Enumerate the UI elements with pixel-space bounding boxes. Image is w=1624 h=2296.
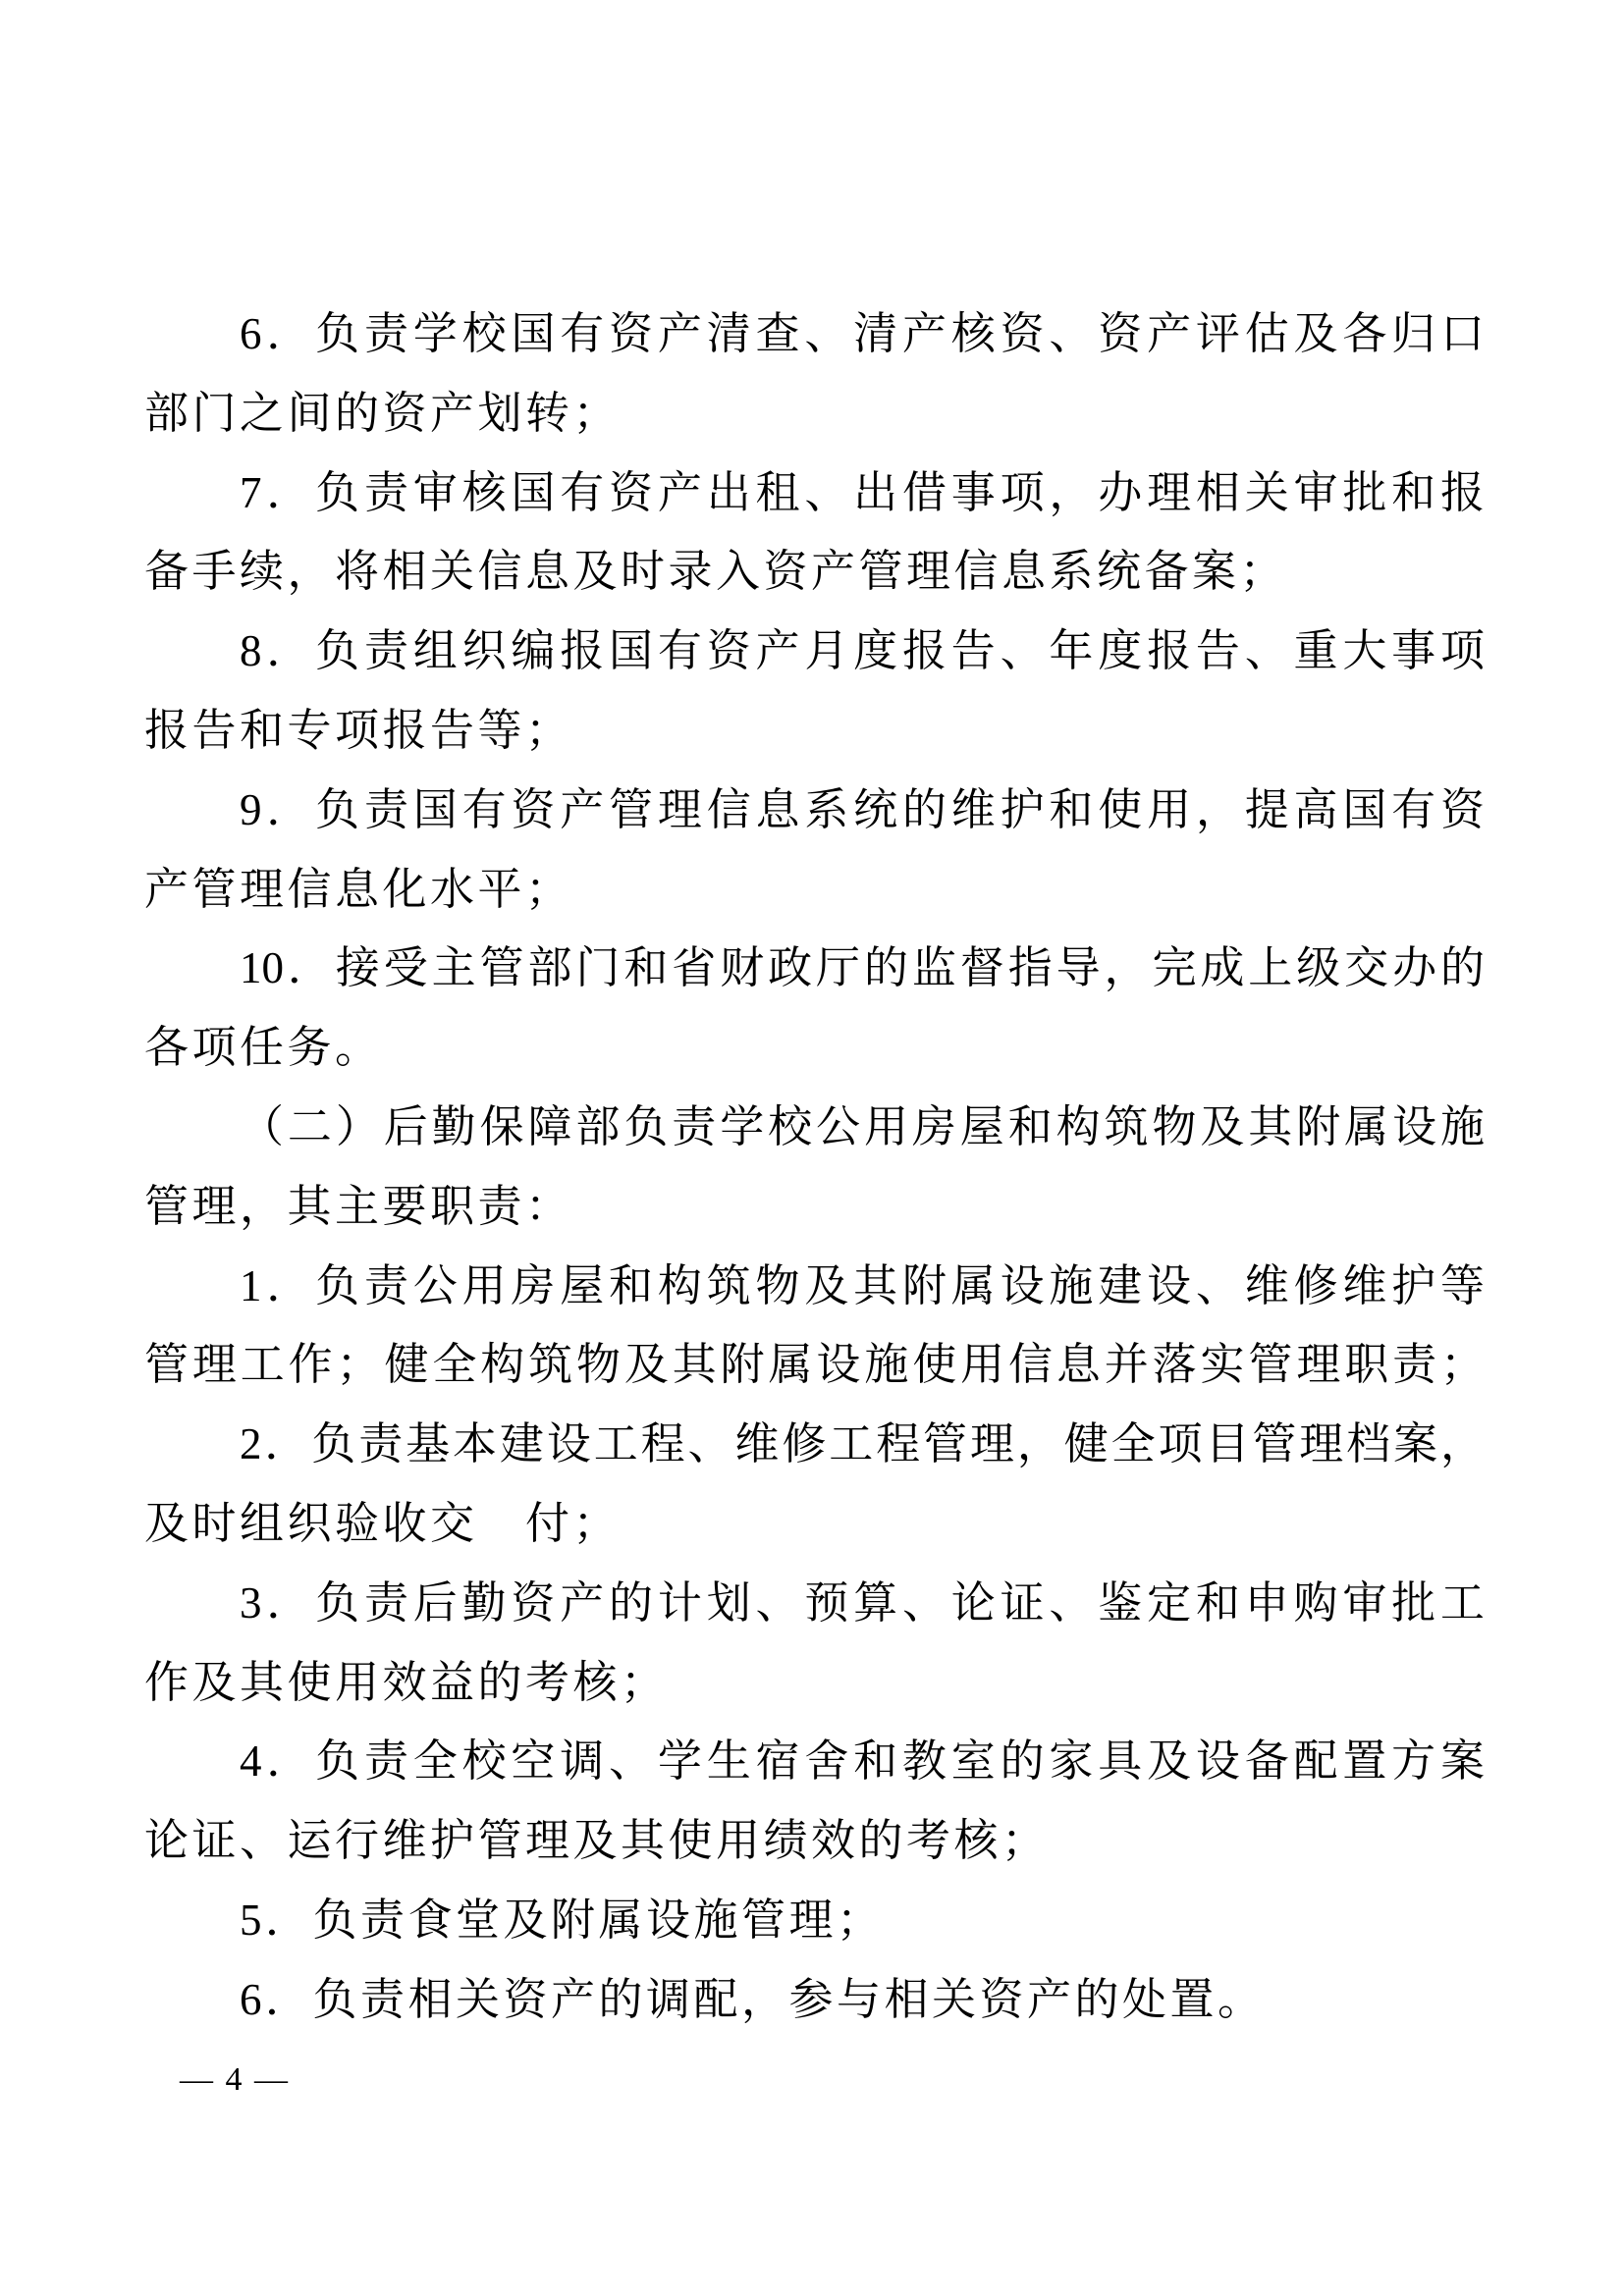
body-line: 论证、运行维护管理及其使用绩效的考核；: [144, 1801, 1485, 1881]
body-line: 1．负责公用房屋和构筑物及其附属设施建设、维修维护等: [144, 1247, 1485, 1326]
body-line: 2．负责基本建设工程、维修工程管理，健全项目管理档案，: [144, 1405, 1485, 1484]
page-number: — 4 —: [180, 2063, 290, 2097]
body-line: 管理，其主要职责：: [144, 1167, 1485, 1247]
body-line: 10．接受主管部门和省财政厅的监督指导，完成上级交办的: [144, 929, 1485, 1008]
body-line: 6．负责学校国有资产清查、清产核资、资产评估及各归口: [144, 294, 1485, 374]
body-line: 报告和专项报告等；: [144, 691, 1485, 771]
body-line: 8．负责组织编报国有资产月度报告、年度报告、重大事项: [144, 612, 1485, 691]
body-line: 作及其使用效益的考核；: [144, 1643, 1485, 1723]
body-line: 管理工作；健全构筑物及其附属设施使用信息并落实管理职责；: [144, 1325, 1485, 1405]
document-page: 6．负责学校国有资产清查、清产核资、资产评估及各归口 部门之间的资产划转； 7．…: [0, 0, 1624, 2296]
body-line: 及时组织验收交 付；: [144, 1484, 1485, 1564]
body-line: 备手续，将相关信息及时录入资产管理信息系统备案；: [144, 532, 1485, 612]
body-line: 6．负责相关资产的调配，参与相关资产的处置。: [144, 1960, 1485, 2040]
body-line: 4．负责全校空调、学生宿舍和教室的家具及设备配置方案: [144, 1722, 1485, 1801]
body-line: 各项任务。: [144, 1008, 1485, 1088]
body-line: 产管理信息化水平；: [144, 850, 1485, 930]
body-line: （二）后勤保障部负责学校公用房屋和构筑物及其附属设施: [144, 1088, 1485, 1167]
body-line: 5．负责食堂及附属设施管理；: [144, 1881, 1485, 1960]
body-line: 部门之间的资产划转；: [144, 374, 1485, 454]
document-body: 6．负责学校国有资产清查、清产核资、资产评估及各归口 部门之间的资产划转； 7．…: [144, 294, 1485, 2040]
body-line: 9．负责国有资产管理信息系统的维护和使用，提高国有资: [144, 771, 1485, 850]
body-line: 7．负责审核国有资产出租、出借事项，办理相关审批和报: [144, 454, 1485, 533]
body-line: 3．负责后勤资产的计划、预算、论证、鉴定和申购审批工: [144, 1564, 1485, 1643]
